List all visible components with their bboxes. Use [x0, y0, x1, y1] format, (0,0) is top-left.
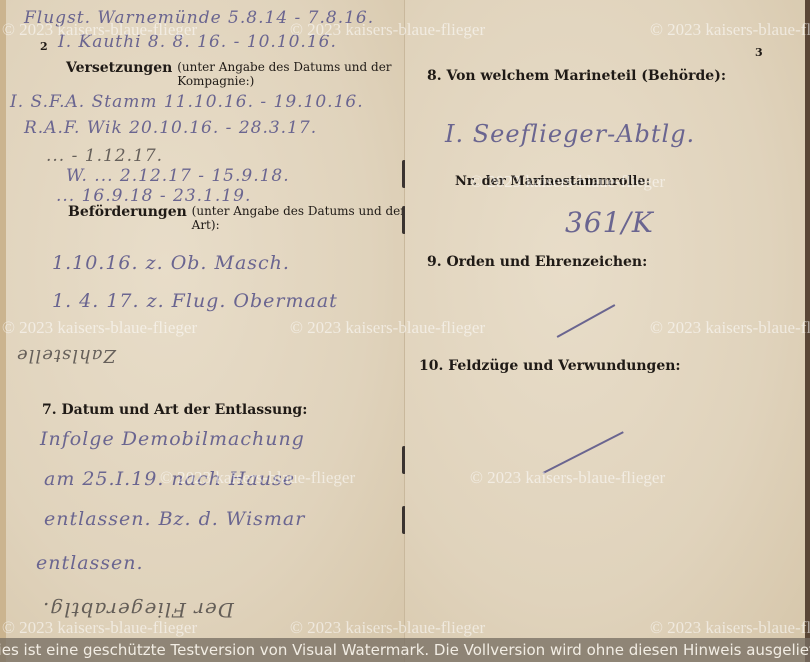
section-8-heading: 8. Von welchem Marineteil (Behörde): — [427, 68, 726, 84]
discharge-line: entlassen. — [36, 552, 144, 574]
military-passbook-spread: Flugst. Warnemünde 5.8.14 - 7.8.16. 2 I.… — [0, 0, 810, 662]
watermark: © 2023 kaisers-blaue-flieger — [470, 172, 665, 192]
watermark: © 2023 kaisers-blaue-flieger — [650, 618, 810, 638]
transfer-entry: W. ... 2.12.17 - 15.9.18. — [66, 166, 290, 186]
watermark: © 2023 kaisers-blaue-flieger — [650, 20, 810, 40]
transfer-entry: ... - 1.12.17. — [46, 146, 163, 166]
watermark: © 2023 kaisers-blaue-flieger — [160, 468, 355, 488]
watermark: © 2023 kaisers-blaue-flieger — [2, 318, 197, 338]
section-8-value: I. Seeflieger-Abtlg. — [445, 120, 695, 148]
watermark: © 2023 kaisers-blaue-flieger — [290, 618, 485, 638]
transfer-entry: I. S.F.A. Stamm 11.10.16. - 19.10.16. — [10, 92, 364, 112]
transfer-entry: R.A.F. Wik 20.10.16. - 28.3.17. — [24, 118, 317, 138]
page-number-right: 3 — [755, 46, 763, 59]
watermark-banner: Dies ist eine geschützte Testversion von… — [0, 638, 810, 662]
stammrolle-number: 361/K — [565, 206, 654, 239]
transfer-entry: ... 16.9.18 - 23.1.19. — [56, 186, 251, 206]
transfers-heading-label: Versetzungen — [66, 60, 172, 76]
promotions-heading-sub: (unter Angabe des Datums und der Art): — [192, 204, 432, 232]
upside-down-note: Zahlstelle — [16, 345, 116, 366]
watermark: © 2023 kaisers-blaue-flieger — [290, 20, 485, 40]
section-9-heading: 9. Orden und Ehrenzeichen: — [427, 254, 647, 270]
transfers-heading: Versetzungen (unter Angabe des Datums un… — [66, 60, 417, 88]
discharge-line: entlassen. Bz. d. Wismar — [44, 508, 305, 530]
watermark: © 2023 kaisers-blaue-flieger — [470, 468, 665, 488]
discharge-line: Infolge Demobilmachung — [40, 428, 305, 450]
watermark: © 2023 kaisers-blaue-flieger — [2, 618, 197, 638]
watermark: © 2023 kaisers-blaue-flieger — [290, 318, 485, 338]
watermark-banner-text: Dies ist eine geschützte Testversion von… — [0, 641, 810, 659]
section-9-dash — [557, 304, 615, 337]
transfers-heading-sub: (unter Angabe des Datums und der Kompagn… — [177, 60, 417, 88]
promotion-entry: 1.10.16. z. Ob. Masch. — [52, 252, 290, 274]
section-10-heading: 10. Feldzüge und Verwundungen: — [419, 358, 681, 374]
promotions-heading-label: Beförderungen — [68, 204, 187, 220]
promotion-entry: 1. 4. 17. z. Flug. Obermaat — [52, 290, 338, 312]
promotions-heading: Beförderungen (unter Angabe des Datums u… — [68, 204, 432, 232]
page-number-left: 2 — [40, 40, 48, 53]
watermark: © 2023 kaisers-blaue-flieger — [650, 318, 810, 338]
watermark: © 2023 kaisers-blaue-flieger — [2, 20, 197, 40]
discharge-heading: 7. Datum und Art der Entlassung: — [42, 402, 307, 418]
